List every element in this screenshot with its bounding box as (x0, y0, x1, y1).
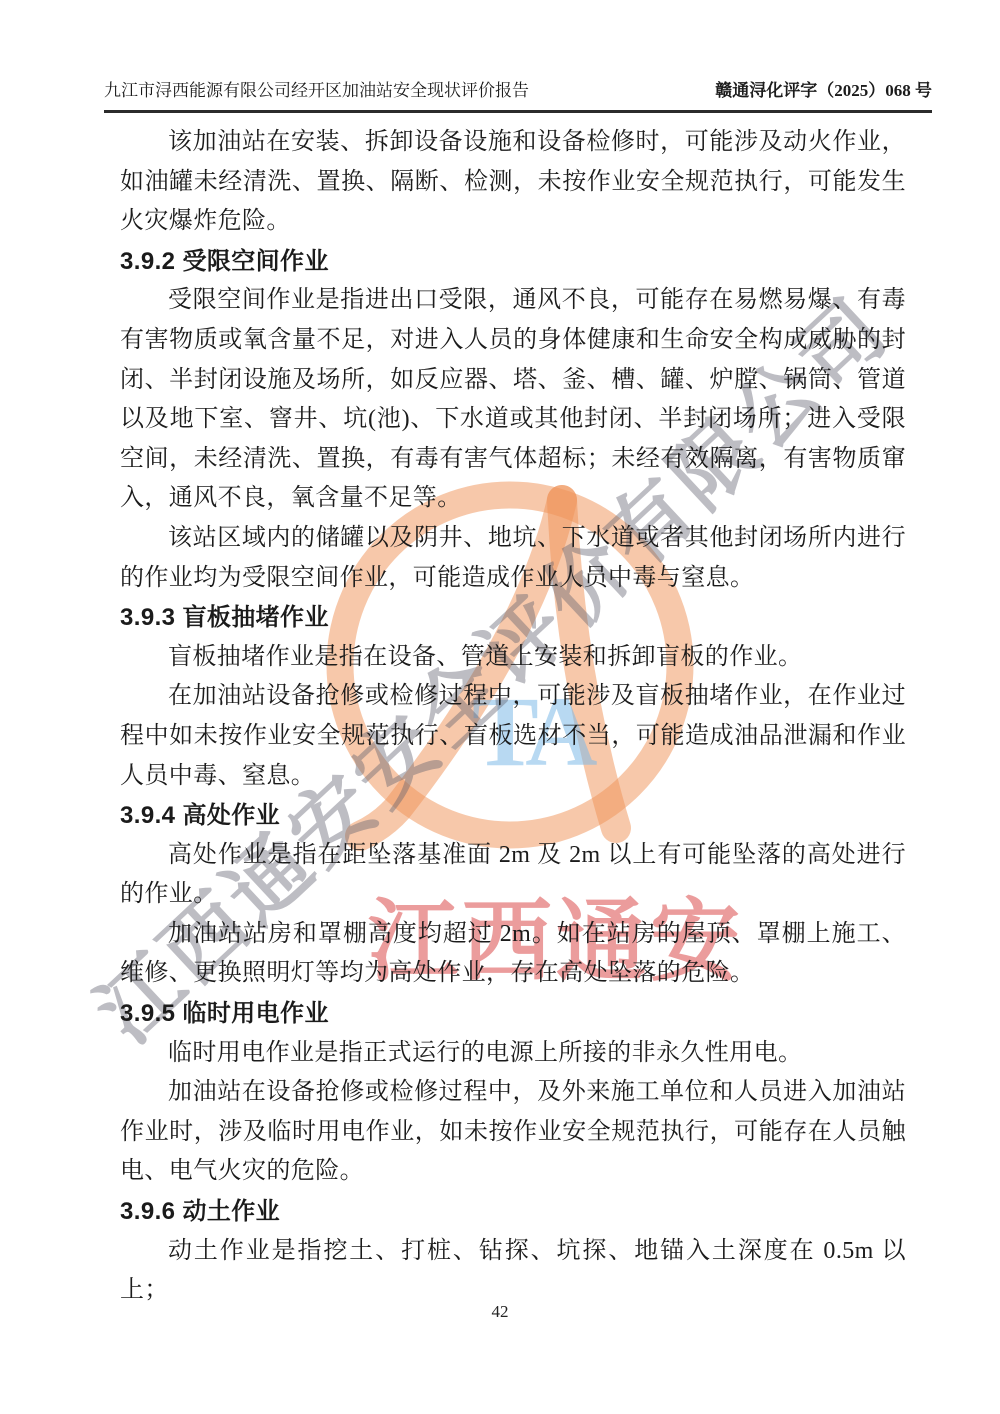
paragraph: 在加油站设备抢修或检修过程中，可能涉及盲板抽堵作业，在作业过程中如未按作业安全规… (120, 677, 906, 796)
page: TA 江西通安安全评价有限公司 江西通安 九江市浔西能源有限公司经开区加油站安全… (0, 0, 1000, 1414)
section-heading: 3.9.6 动土作业 (120, 1192, 906, 1232)
document-body: 该加油站在安装、拆卸设备设施和设备检修时，可能涉及动火作业，如油罐未经清洗、置换… (120, 123, 906, 1311)
paragraph: 该站区域内的储罐以及阴井、地坑、下水道或者其他封闭场所内进行的作业均为受限空间作… (120, 519, 906, 598)
paragraph: 盲板抽堵作业是指在设备、管道上安装和拆卸盲板的作业。 (120, 638, 906, 678)
paragraph: 加油站站房和罩棚高度均超过 2m。如在站房的屋顶、罩棚上施工、维修、更换照明灯等… (120, 915, 906, 994)
header-divider (104, 110, 932, 113)
paragraph: 高处作业是指在距坠落基准面 2m 及 2m 以上有可能坠落的高处进行的作业。 (120, 836, 906, 915)
paragraph: 该加油站在安装、拆卸设备设施和设备检修时，可能涉及动火作业，如油罐未经清洗、置换… (120, 123, 906, 242)
paragraph: 动土作业是指挖土、打桩、钻探、坑探、地锚入土深度在 0.5m 以上； (120, 1232, 906, 1311)
header-report-title: 九江市浔西能源有限公司经开区加油站安全现状评价报告 (104, 80, 529, 102)
section-heading: 3.9.5 临时用电作业 (120, 994, 906, 1034)
page-number: 42 (492, 1302, 509, 1321)
section-heading: 3.9.4 高处作业 (120, 796, 906, 836)
paragraph: 受限空间作业是指进出口受限，通风不良，可能存在易燃易爆、有毒有害物质或氧含量不足… (120, 281, 906, 519)
paragraph: 临时用电作业是指正式运行的电源上所接的非永久性用电。 (120, 1034, 906, 1074)
page-footer: 42 (0, 1302, 1000, 1322)
paragraph: 加油站在设备抢修或检修过程中，及外来施工单位和人员进入加油站作业时，涉及临时用电… (120, 1073, 906, 1192)
page-header: 九江市浔西能源有限公司经开区加油站安全现状评价报告 赣通浔化评字（2025）06… (104, 80, 932, 102)
header-document-number: 赣通浔化评字（2025）068 号 (715, 80, 932, 102)
section-heading: 3.9.3 盲板抽堵作业 (120, 598, 906, 638)
section-heading: 3.9.2 受限空间作业 (120, 242, 906, 282)
